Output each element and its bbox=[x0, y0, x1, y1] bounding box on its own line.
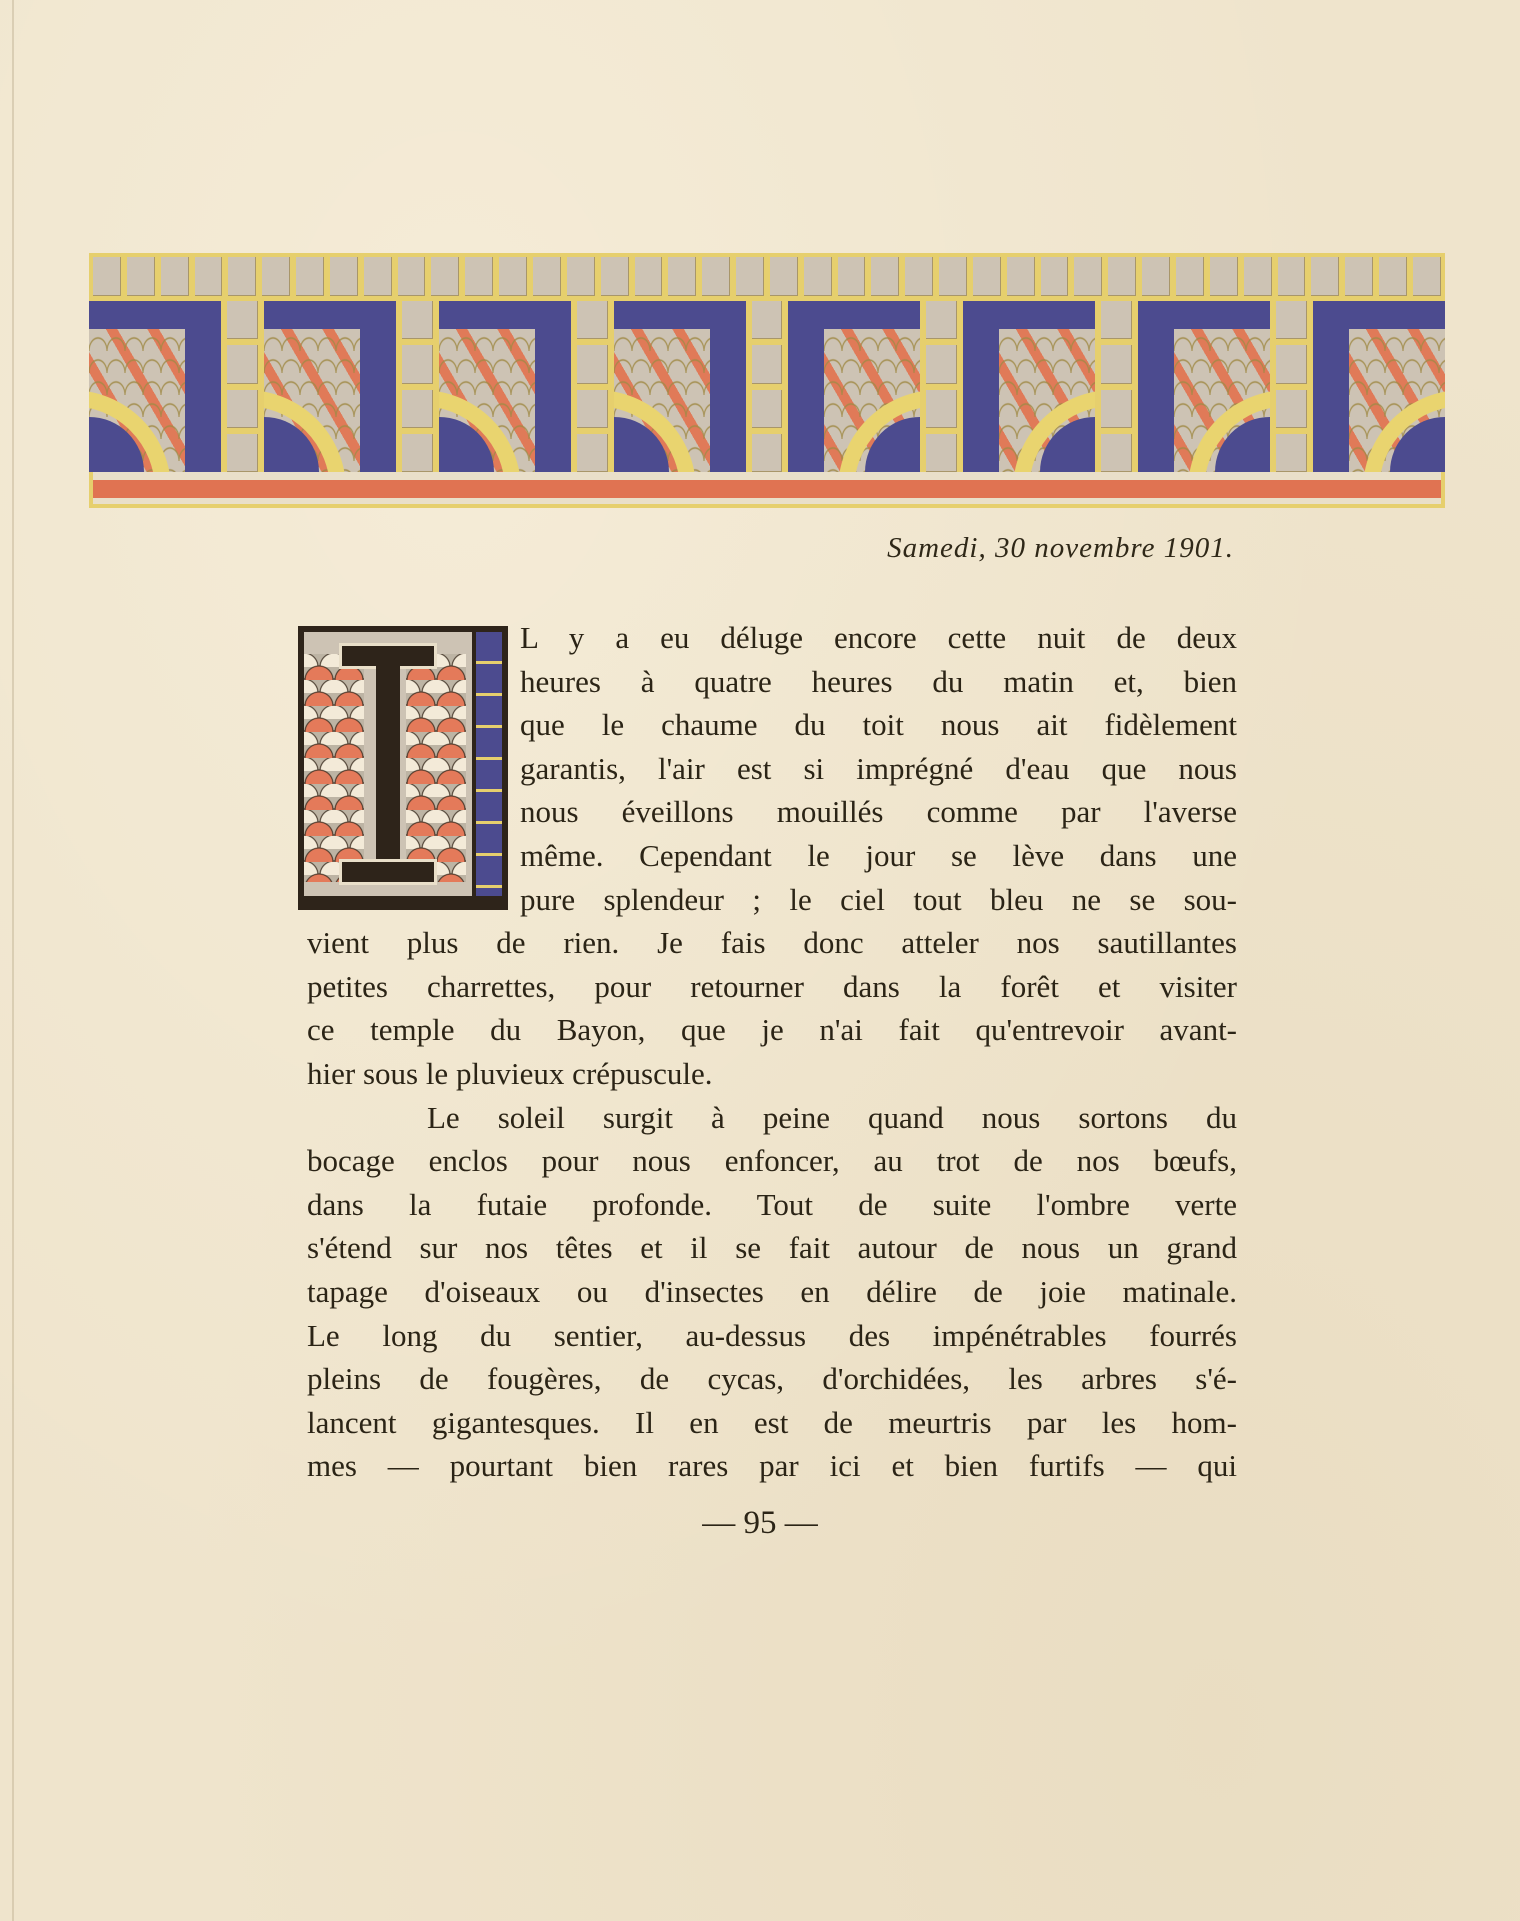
border-frame-row bbox=[89, 301, 1445, 472]
tile bbox=[939, 257, 967, 296]
tile bbox=[635, 257, 663, 296]
text-line-paragraph-start: Le soleil surgit à peine quand nous sort… bbox=[307, 1096, 1237, 1140]
tile bbox=[804, 257, 832, 296]
tile bbox=[533, 257, 561, 296]
tile bbox=[871, 257, 899, 296]
tile bbox=[973, 257, 1001, 296]
text-line: vient plus de rien. Je fais donc atteler… bbox=[307, 921, 1237, 965]
tile bbox=[262, 257, 290, 296]
text-line: dans la futaie profonde. Tout de suite l… bbox=[307, 1183, 1237, 1227]
text-line: que le chaume du toit nous ait fidèlemen… bbox=[307, 703, 1237, 747]
brick-column bbox=[746, 301, 789, 472]
brick-column bbox=[221, 301, 264, 472]
tile bbox=[601, 257, 629, 296]
text-line: Le long du sentier, au-dessus des impéné… bbox=[307, 1314, 1237, 1358]
ornament-frame bbox=[1138, 301, 1270, 472]
tile bbox=[1345, 257, 1373, 296]
tile bbox=[1278, 257, 1306, 296]
scale-pattern bbox=[439, 329, 535, 472]
tile bbox=[905, 257, 933, 296]
body-text: L y a eu déluge encore cette nuit de deu… bbox=[307, 616, 1237, 1488]
page-number: — 95 — bbox=[0, 1505, 1520, 1542]
tile bbox=[1041, 257, 1069, 296]
tile bbox=[1413, 257, 1441, 296]
text-line: tapage d'oiseaux ou d'insectes en délire… bbox=[307, 1270, 1237, 1314]
text-line: heures à quatre heures du matin et, bien bbox=[307, 660, 1237, 704]
page-gutter-edge bbox=[12, 0, 14, 1921]
tile bbox=[1311, 257, 1339, 296]
border-top-tile-row bbox=[93, 257, 1441, 296]
ornamental-header-border bbox=[89, 253, 1445, 508]
ornament-frame bbox=[788, 301, 920, 472]
tile bbox=[161, 257, 189, 296]
text-line: petites charrettes, pour retourner dans … bbox=[307, 965, 1237, 1009]
tile bbox=[736, 257, 764, 296]
text-line: bocage enclos pour nous enfoncer, au tro… bbox=[307, 1139, 1237, 1183]
tile bbox=[668, 257, 696, 296]
tile bbox=[431, 257, 459, 296]
tile bbox=[1142, 257, 1170, 296]
scale-pattern bbox=[264, 329, 360, 472]
text-line: mes — pourtant bien rares par ici et bie… bbox=[307, 1444, 1237, 1488]
tile bbox=[567, 257, 595, 296]
text-line: L y a eu déluge encore cette nuit de deu… bbox=[307, 616, 1237, 660]
tile bbox=[93, 257, 121, 296]
text-line: pure splendeur ; le ciel tout bleu ne se… bbox=[307, 878, 1237, 922]
brick-column bbox=[571, 301, 614, 472]
brick-column bbox=[1095, 301, 1138, 472]
border-coral-stripe bbox=[93, 480, 1441, 498]
tile bbox=[228, 257, 256, 296]
text-line: garantis, l'air est si imprégné d'eau qu… bbox=[307, 747, 1237, 791]
scale-pattern bbox=[89, 329, 185, 472]
entry-date: Samedi, 30 novembre 1901. bbox=[887, 532, 1234, 565]
tile bbox=[838, 257, 866, 296]
text-line: hier sous le pluvieux crépuscule. bbox=[307, 1052, 1237, 1096]
tile bbox=[1074, 257, 1102, 296]
tile bbox=[1007, 257, 1035, 296]
text-line: pleins de fougères, de cycas, d'orchidée… bbox=[307, 1357, 1237, 1401]
tile bbox=[1379, 257, 1407, 296]
ornament-frame bbox=[264, 301, 396, 472]
scale-pattern bbox=[1174, 329, 1270, 472]
tile bbox=[465, 257, 493, 296]
tile bbox=[364, 257, 392, 296]
ornament-frame bbox=[439, 301, 571, 472]
text-line: s'étend sur nos têtes et il se fait auto… bbox=[307, 1226, 1237, 1270]
tile bbox=[770, 257, 798, 296]
tile bbox=[1244, 257, 1272, 296]
brick-column bbox=[1270, 301, 1313, 472]
ornament-frame bbox=[963, 301, 1095, 472]
scale-pattern bbox=[824, 329, 920, 472]
tile bbox=[1210, 257, 1238, 296]
scale-pattern bbox=[614, 329, 710, 472]
tile bbox=[1176, 257, 1204, 296]
tile bbox=[330, 257, 358, 296]
tile bbox=[702, 257, 730, 296]
brick-column bbox=[396, 301, 439, 472]
tile bbox=[296, 257, 324, 296]
brick-column bbox=[920, 301, 963, 472]
tile bbox=[1108, 257, 1136, 296]
scale-pattern bbox=[999, 329, 1095, 472]
tile bbox=[127, 257, 155, 296]
ornament-frame bbox=[614, 301, 746, 472]
ornament-frame bbox=[89, 301, 221, 472]
tile bbox=[398, 257, 426, 296]
ornament-frame bbox=[1313, 301, 1445, 472]
tile bbox=[195, 257, 223, 296]
text-line: nous éveillons mouillés comme par l'aver… bbox=[307, 790, 1237, 834]
tile bbox=[499, 257, 527, 296]
scale-pattern bbox=[1349, 329, 1445, 472]
text-line: ce temple du Bayon, que je n'ai fait qu'… bbox=[307, 1008, 1237, 1052]
text-line: même. Cependant le jour se lève dans une bbox=[307, 834, 1237, 878]
text-line: lancent gigantesques. Il en est de meurt… bbox=[307, 1401, 1237, 1445]
